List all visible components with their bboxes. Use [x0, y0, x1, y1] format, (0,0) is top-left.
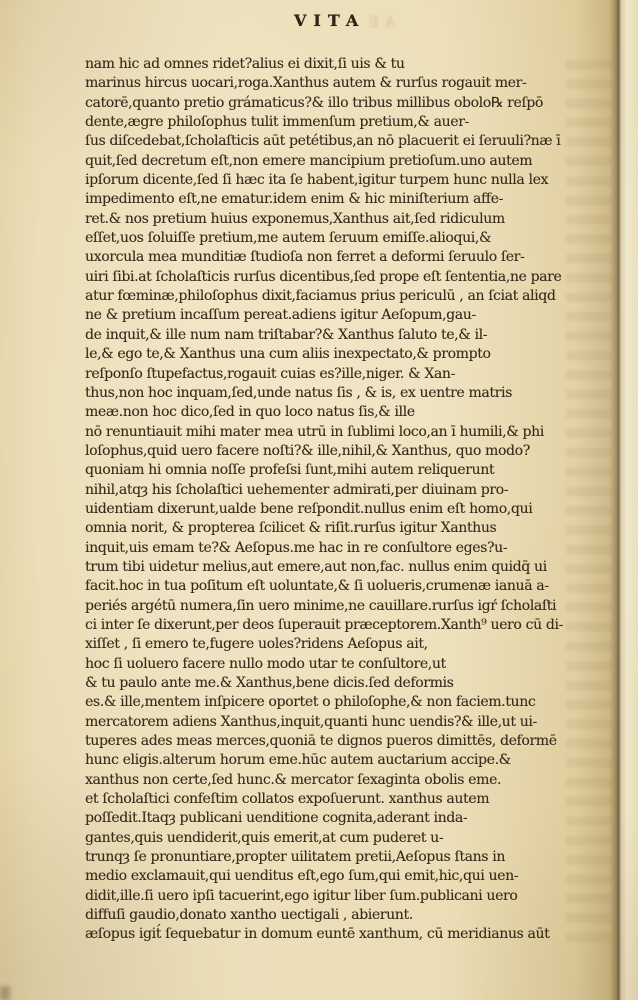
text-line: ci inter ſe dixerunt,per deos ſuperauit … — [85, 616, 577, 635]
text-line: mercatorem adiens Xanthus,inquit,quanti … — [85, 713, 577, 732]
body-text-block: nam hic ad omnes ridet?alius ei dixit,ſi… — [85, 55, 577, 945]
text-line: medio exclamauit,qui uenditus eſt,ego ſu… — [85, 867, 577, 886]
text-line: ret.& nos pretium huius exponemus,Xanthu… — [85, 210, 577, 229]
text-line: le,& ego te,& Xanthus una cum aliis inex… — [85, 345, 577, 364]
text-line: loſophus,quid uero facere noſti?& ille,n… — [85, 442, 577, 461]
text-line: tuperes ades meas merces,quoniā te digno… — [85, 732, 577, 751]
text-line: uidentiam dixerunt,ualde bene reſpondit.… — [85, 500, 577, 519]
text-line: xanthus non certe,ſed hunc.& mercator ſe… — [85, 771, 577, 790]
text-line: de inquit,& ille num nam triſtabar?& Xan… — [85, 326, 577, 345]
text-line: uiri ſibi.at ſcholaſticis rurſus dicenti… — [85, 268, 577, 287]
text-line: meæ.non hoc dico,ſed in quo loco natus ſ… — [85, 403, 577, 422]
showthrough-header-ghost: AE — [362, 13, 396, 31]
text-line: poſſedit.Itaqȝ publicani uenditione cogn… — [85, 809, 577, 828]
text-line: didit,ille.ſi uero ipſi tacuerint,ego ig… — [85, 887, 577, 906]
text-line: reſponſo ſtupefactus,rogauit cuias es?il… — [85, 365, 577, 384]
text-line: nō renuntiauit mihi mater mea utrū in ſu… — [85, 423, 577, 442]
text-line: xiſſet , ſi emero te,fugere uoles?ridens… — [85, 635, 577, 654]
text-line: et ſcholaſtici confeſtim collatos expoſu… — [85, 790, 577, 809]
showthrough-text-ghosting — [566, 60, 612, 950]
text-line: æſopus igit́ ſequebatur in domum euntē x… — [85, 925, 577, 944]
text-line: hunc eligis.alterum horum eme.hūc autem … — [85, 751, 577, 770]
text-line: trunqȝ ſe pronuntiare,propter uilitatem … — [85, 848, 577, 867]
text-line: ipſorum dicente,ſed ſi hæc ita ſe habent… — [85, 171, 577, 190]
book-page-scan: AE VITA nam hic ad omnes ridet?alius ei … — [0, 0, 638, 1000]
text-line: marinus hircus uocari,roga.Xanthus autem… — [85, 74, 577, 93]
text-line: & tu paulo ante me.& Xanthus,bene dicis.… — [85, 674, 577, 693]
text-line: eſſet,uos ſoluiſſe pretium,me autem ſeru… — [85, 229, 577, 248]
text-line: omnia norit, & propterea ſcilicet & riſi… — [85, 519, 577, 538]
text-line: quoniam hi omnia noſſe profeſsi ſunt,mih… — [85, 461, 577, 480]
text-line: dente,ægre philoſophus tulit immenſum pr… — [85, 113, 577, 132]
text-line: ſus diſcedebat,ſcholaſticis aūt petétibu… — [85, 132, 577, 151]
text-line: nihil,atqȝ his ſcholaſtici uehementer ad… — [85, 481, 577, 500]
text-line: atur fœminæ,philoſophus dixit,faciamus p… — [85, 287, 577, 306]
text-line: facit.hoc in tua poſitum eſt uoluntate,&… — [85, 577, 577, 596]
text-line: hoc ſi uoluero facere nullo modo utar te… — [85, 655, 577, 674]
text-line: diffuſi gaudio,donato xantho uectigali ,… — [85, 906, 577, 925]
text-line: impedimento eſt,ne ematur.idem enim & hi… — [85, 190, 577, 209]
text-line: nam hic ad omnes ridet?alius ei dixit,ſi… — [85, 55, 577, 74]
text-line: catorē,quanto pretio grámaticus?& illo t… — [85, 94, 577, 113]
text-line: inquit,uis emam te?& Aeſopus.me hac in r… — [85, 539, 577, 558]
text-line: quit,ſed decretum eſt,non emere mancipiu… — [85, 152, 577, 171]
text-line: gantes,quis uendiderit,quis emerit,at cu… — [85, 829, 577, 848]
text-line: ne & pretium incaſſum pereat.adiens igit… — [85, 306, 577, 325]
text-line: thus,non hoc inquam,ſed,unde natus ſis ,… — [85, 384, 577, 403]
text-line: trum tibi uidetur melius,aut emere,aut n… — [85, 558, 577, 577]
text-line: es.& ille,mentem inſpicere oportet o phi… — [85, 693, 577, 712]
page-corner-shadow — [0, 986, 10, 1000]
page-title: VITA — [294, 11, 365, 30]
text-line: periés argétū numera,ſin uero minime,ne … — [85, 597, 577, 616]
text-line: uxorcula mea munditiæ ſtudioſa non ferre… — [85, 248, 577, 267]
